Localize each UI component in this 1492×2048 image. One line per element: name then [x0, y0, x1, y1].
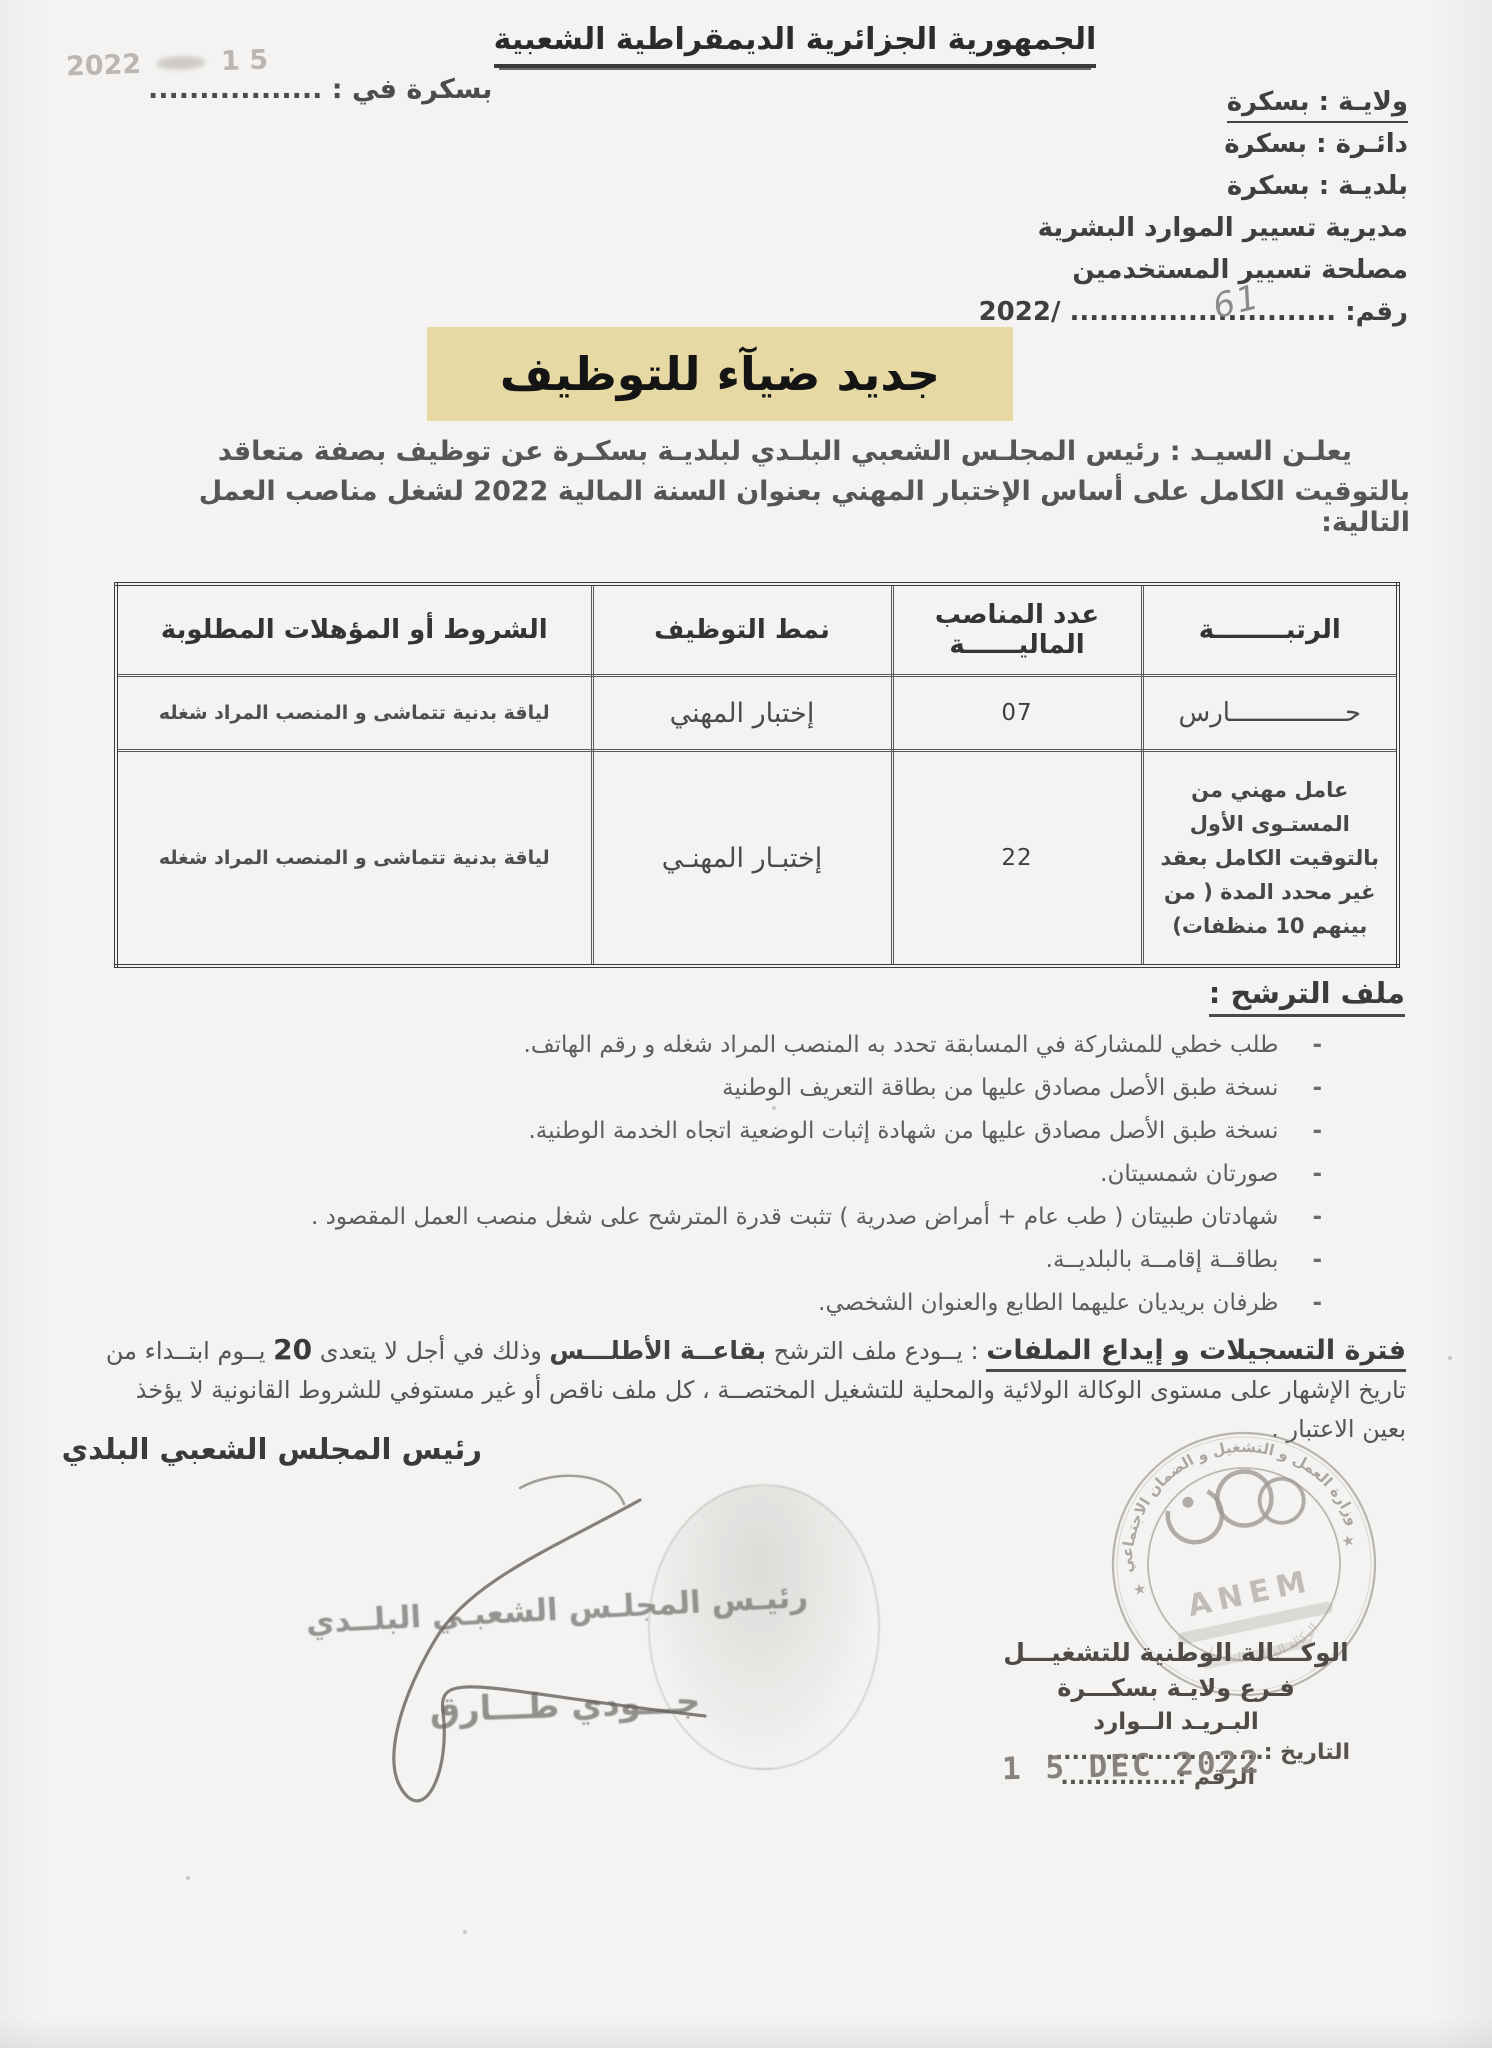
- table-row: عامل مهني من المستـوى الأول بالتوقيت الك…: [116, 751, 1398, 967]
- page-title: الجمهورية الجزائرية الديمقراطية الشعبية: [470, 22, 1120, 68]
- ink-smudge: [157, 56, 205, 71]
- bullet-dash: -: [1312, 1159, 1322, 1190]
- list-item: -صورتان شمسيتان.: [72, 1159, 1322, 1190]
- bullet-text: نسخة طبق الأصل مصادق عليها من بطاقة التع…: [722, 1073, 1278, 1104]
- rank-cell: حـــــــــــــــارس: [1142, 676, 1398, 751]
- list-item: -شهادتان طبيتان ( طب عام + أمراض صدرية )…: [72, 1202, 1322, 1233]
- mode-cell: إختبـار المهنـي: [592, 751, 892, 967]
- table-row: حـــــــــــــــارس 07 إختبار المهني ليا…: [116, 676, 1398, 751]
- wilaya-line: ولايـة : بسكرة: [968, 86, 1408, 118]
- paper-speck: [1448, 1356, 1452, 1360]
- bullet-dash: -: [1312, 1288, 1322, 1319]
- period-text: وذلك في أجل لا يتعدى: [320, 1337, 542, 1365]
- star-icon: ★: [1131, 1579, 1148, 1599]
- bullet-text: طلب خطي للمشاركة في المسابقة تحدد به الم…: [524, 1030, 1279, 1061]
- jobs-table: الرتبــــــــة عدد المناصب الماليــــــة…: [114, 582, 1396, 968]
- document-number-line: رقم: ........................... /2022 6…: [968, 296, 1408, 328]
- commune-line: بلديـة : بسكرة: [968, 170, 1408, 202]
- paper-speck: [186, 1876, 190, 1880]
- conditions-cell: لياقة بدنية تتماشى و المنصب المراد شغله: [116, 751, 592, 967]
- banner-text: جديد ضيآء للتوظيف: [500, 347, 940, 401]
- application-file-list: -طلب خطي للمشاركة في المسابقة تحدد به ال…: [72, 1030, 1322, 1331]
- faded-date-day: 1 5: [221, 44, 269, 77]
- faded-date-year: 2022: [66, 49, 142, 83]
- count-cell: 22: [892, 751, 1142, 967]
- bullet-text: نسخة طبق الأصل مصادق عليها من شهادة إثبا…: [528, 1116, 1278, 1147]
- bullet-text: صورتان شمسيتان.: [1100, 1159, 1278, 1190]
- column-recruitment-mode: نمط التوظيف: [592, 584, 892, 676]
- column-requirements: الشروط أو المؤهلات المطلوبة: [116, 584, 592, 676]
- directorate-line: مديرية تسيير الموارد البشرية: [968, 212, 1408, 244]
- announcement-line-2: بالتوقيت الكامل على أساس الإختبار المهني…: [106, 476, 1410, 538]
- count-cell: 07: [892, 676, 1142, 751]
- list-item: -ظرفان بريديان عليهما الطابع والعنوان ال…: [72, 1288, 1322, 1319]
- bullet-text: ظرفان بريديان عليهما الطابع والعنوان الش…: [818, 1288, 1278, 1319]
- administrative-header: ولايـة : بسكرة دائـرة : بسكرة بلديـة : ب…: [968, 86, 1408, 338]
- announcement-line-1: يعلـن السيـد : رئيس المجلـس الشعبي البلـ…: [106, 436, 1410, 467]
- bullet-dash: -: [1312, 1073, 1322, 1104]
- column-positions-count: عدد المناصب الماليــــــة: [892, 584, 1142, 676]
- application-file-heading: ملف الترشح :: [1209, 976, 1405, 1010]
- star-icon: ★: [1340, 1531, 1357, 1551]
- period-venue: بقاعــة الأطلـــس: [549, 1336, 766, 1365]
- column-rank: الرتبــــــــة: [1142, 584, 1398, 676]
- bullet-dash: -: [1312, 1116, 1322, 1147]
- service-line: مصلحة تسيير المستخدمين: [968, 254, 1408, 286]
- bullet-text: شهادتان طبيتان ( طب عام + أمراض صدرية ) …: [311, 1202, 1278, 1233]
- registration-period-heading: فترة التسجيلات و إيداع الملفات: [986, 1335, 1406, 1372]
- republic-title-text: الجمهورية الجزائرية الديمقراطية الشعبية: [494, 22, 1097, 68]
- rank-cell: عامل مهني من المستـوى الأول بالتوقيت الك…: [1142, 751, 1398, 967]
- highlight-banner: جديد ضيآء للتوظيف: [427, 327, 1013, 421]
- handwritten-number: 61: [1210, 281, 1264, 323]
- agency-name-line: الوكـــالة الوطنية للتشغيـــل: [1002, 1638, 1350, 1667]
- bullet-text: بطاقــة إقامــة بالبلديــة.: [1046, 1245, 1279, 1276]
- announcement-paragraph: يعلـن السيـد : رئيس المجلـس الشعبي البلـ…: [106, 436, 1410, 538]
- mode-cell: إختبار المهني: [592, 676, 892, 751]
- daira-line: دائـرة : بسكرة: [968, 128, 1408, 160]
- paper-speck: [463, 1930, 467, 1934]
- list-item: -نسخة طبق الأصل مصادق عليها من شهادة إثب…: [72, 1116, 1322, 1147]
- list-item: -بطاقــة إقامــة بالبلديــة.: [72, 1245, 1322, 1276]
- list-item: -نسخة طبق الأصل مصادق عليها من بطاقة الت…: [72, 1073, 1322, 1104]
- conditions-cell: لياقة بدنية تتماشى و المنصب المراد شغله: [116, 676, 592, 751]
- bullet-dash: -: [1312, 1030, 1322, 1061]
- bullet-dash: -: [1312, 1202, 1322, 1233]
- period-days-count: 20: [273, 1333, 312, 1366]
- table-header-row: الرتبــــــــة عدد المناصب الماليــــــة…: [116, 584, 1398, 676]
- scanned-document-page: الجمهورية الجزائرية الديمقراطية الشعبية …: [0, 0, 1492, 2048]
- agency-branch-line: فـرع ولايـة بسكـــرة: [1002, 1674, 1350, 1702]
- arrival-date-stamp: 1 5 DEC 2022: [1002, 1745, 1263, 1788]
- incoming-mail-line: البـريـد الــوارد: [1002, 1709, 1350, 1735]
- bullet-dash: -: [1312, 1245, 1322, 1276]
- place-date-line: بسكرة في : .................: [148, 74, 498, 105]
- paper-speck: [772, 1106, 776, 1110]
- faint-round-stamp: [648, 1484, 880, 1770]
- period-text: : يــودع ملف الترشح: [774, 1337, 979, 1365]
- list-item: -طلب خطي للمشاركة في المسابقة تحدد به ال…: [72, 1030, 1322, 1061]
